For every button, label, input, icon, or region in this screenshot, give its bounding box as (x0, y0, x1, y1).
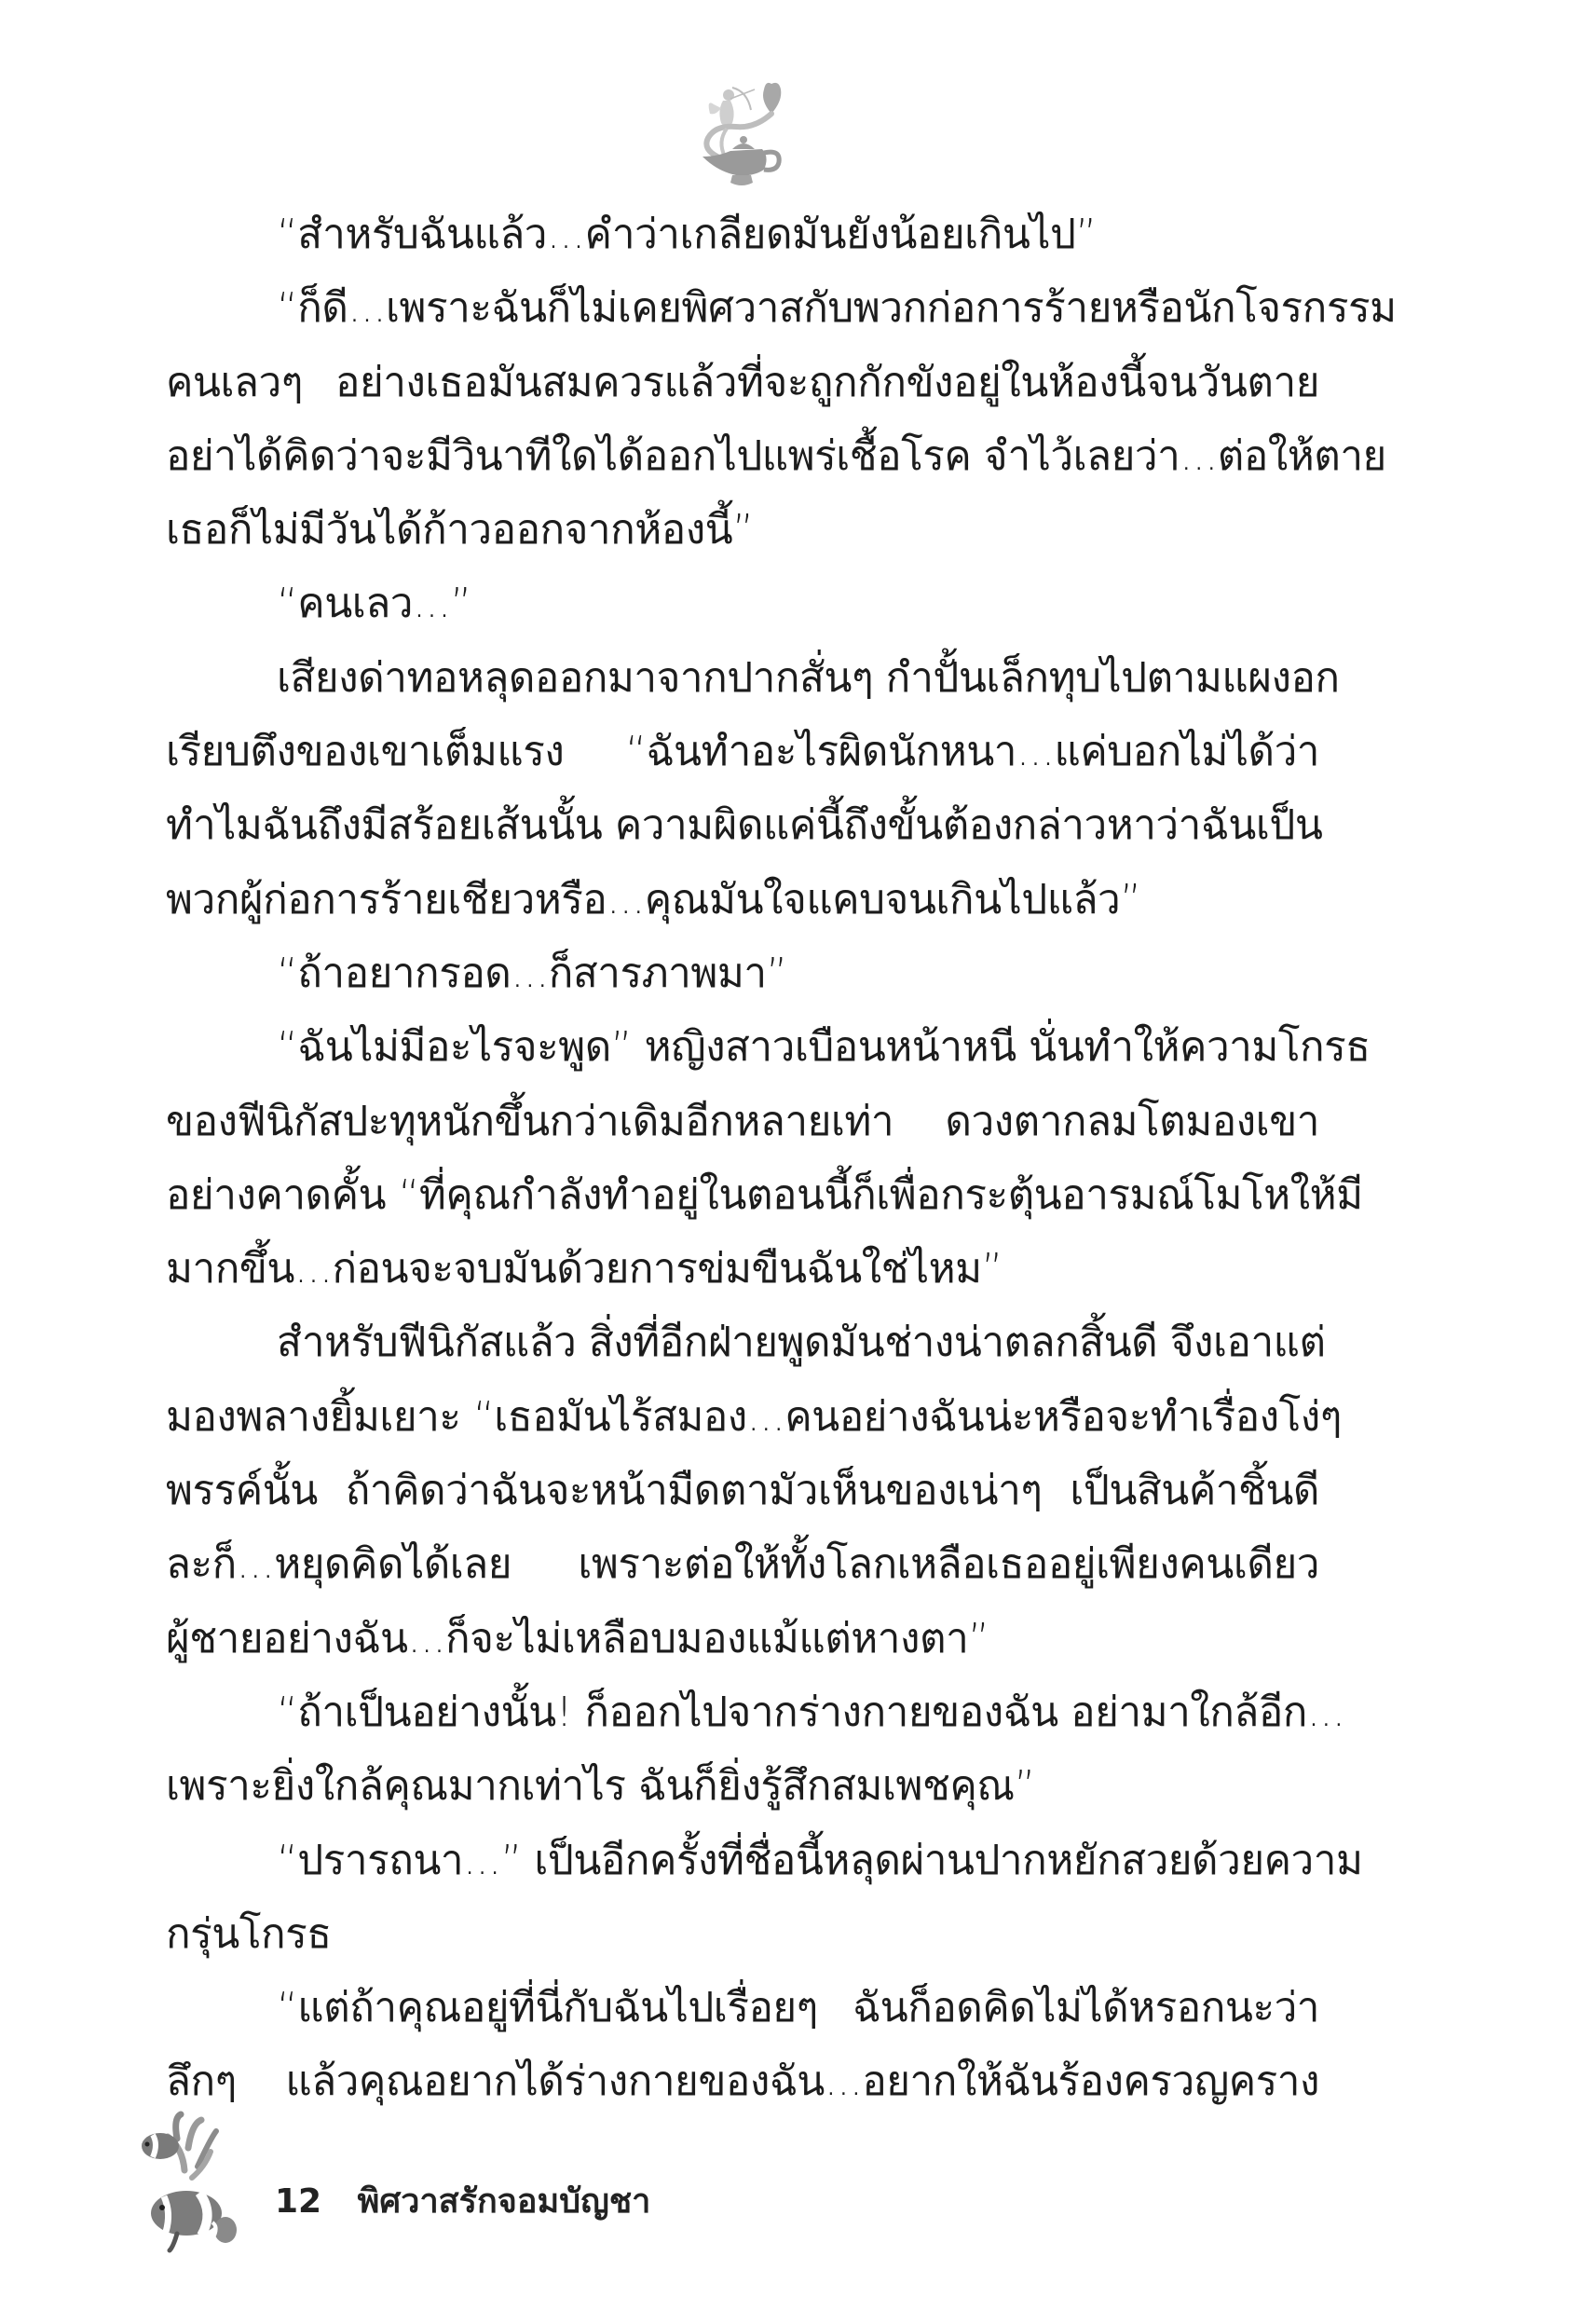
page-number: 12 (275, 2182, 321, 2221)
body-text: “สำหรับฉันแล้ว...คำว่าเกลียดมันยังน้อยเก… (166, 198, 1319, 2119)
text-line: คนเลวๆ อย่างเธอมันสมควรแล้วที่จะถูกกักขั… (166, 346, 1319, 419)
cupid-lamp-ornament-icon (689, 82, 794, 189)
text-line: อย่าได้คิดว่าจะมีวินาทีใดได้ออกไปแพร่เชื… (166, 419, 1319, 493)
text-line: “ฉันไม่มีอะไรจะพูด” หญิงสาวเบือนหน้าหนี … (166, 1010, 1319, 1084)
text-line: เสียงด่าทอหลุดออกมาจากปากสั่นๆ กำปั้นเล็… (166, 641, 1319, 715)
text-line: เพราะยิ่งใกล้คุณมากเท่าไร ฉันก็ยิ่งรู้สึ… (166, 1749, 1319, 1823)
book-title: พิศวาสรักจอมบัญชา (358, 2182, 651, 2221)
text-line: “ถ้าเป็นอย่างนั้น! ก็ออกไปจากร่างกายของฉ… (166, 1675, 1319, 1749)
text-line: “สำหรับฉันแล้ว...คำว่าเกลียดมันยังน้อยเก… (166, 198, 1319, 271)
text-line: พรรค์นั้น ถ้าคิดว่าฉันจะหน้ามืดตามัวเห็น… (166, 1454, 1319, 1527)
clownfish-ornament-icon (140, 2111, 238, 2260)
text-line: ผู้ชายอย่างฉัน...ก็จะไม่เหลือบมองแม้แต่ห… (166, 1602, 1319, 1675)
text-line: ลึกๆ แล้วคุณอยากได้ร่างกายของฉัน...อยากใ… (166, 2044, 1319, 2118)
text-line: “ก็ดี...เพราะฉันก็ไม่เคยพิศวาสกับพวกก่อก… (166, 271, 1319, 345)
text-line: ของฟีนิกัสปะทุหนักขึ้นกว่าเดิมอีกหลายเท่… (166, 1085, 1319, 1158)
text-line: ละก็...หยุดคิดได้เลย เพราะต่อให้ทั้งโลกเ… (166, 1527, 1319, 1601)
text-line: “แต่ถ้าคุณอยู่ที่นี่กับฉันไปเรื่อยๆ ฉันก… (166, 1971, 1319, 2044)
running-footer: 12 พิศวาสรักจอมบัญชา (275, 2174, 650, 2227)
text-line: “คนเลว...” (166, 567, 1319, 640)
text-line: อย่างคาดคั้น “ที่คุณกำลังทำอยู่ในตอนนี้ก… (166, 1158, 1319, 1232)
text-line: ทำไมฉันถึงมีสร้อยเส้นนั้น ความผิดแค่นี้ถ… (166, 788, 1319, 862)
text-line: สำหรับฟีนิกัสแล้ว สิ่งที่อีกฝ่ายพูดมันช่… (166, 1306, 1319, 1379)
page-footer: 12 พิศวาสรักจอมบัญชา (140, 2111, 792, 2269)
text-line: “ปรารถนา...” เป็นอีกครั้งที่ชื่อนี้หลุดผ… (166, 1824, 1319, 1897)
book-page: “สำหรับฉันแล้ว...คำว่าเกลียดมันยังน้อยเก… (0, 0, 1596, 2311)
text-line: มากขึ้น...ก่อนจะจบมันด้วยการข่มขืนฉันใช่… (166, 1232, 1319, 1306)
text-line: พวกผู้ก่อการร้ายเชียวหรือ...คุณมันใจแคบจ… (166, 863, 1319, 937)
text-line: เรียบตึงของเขาเต็มแรง “ฉันทำอะไรผิดนักหน… (166, 715, 1319, 788)
text-line: “ถ้าอยากรอด...ก็สารภาพมา” (166, 937, 1319, 1010)
text-line: มองพลางยิ้มเยาะ “เธอมันไร้สมอง...คนอย่าง… (166, 1380, 1319, 1454)
text-line: เธอก็ไม่มีวันได้ก้าวออกจากห้องนี้” (166, 493, 1319, 567)
text-line: กรุ่นโกรธ (166, 1897, 1319, 1971)
